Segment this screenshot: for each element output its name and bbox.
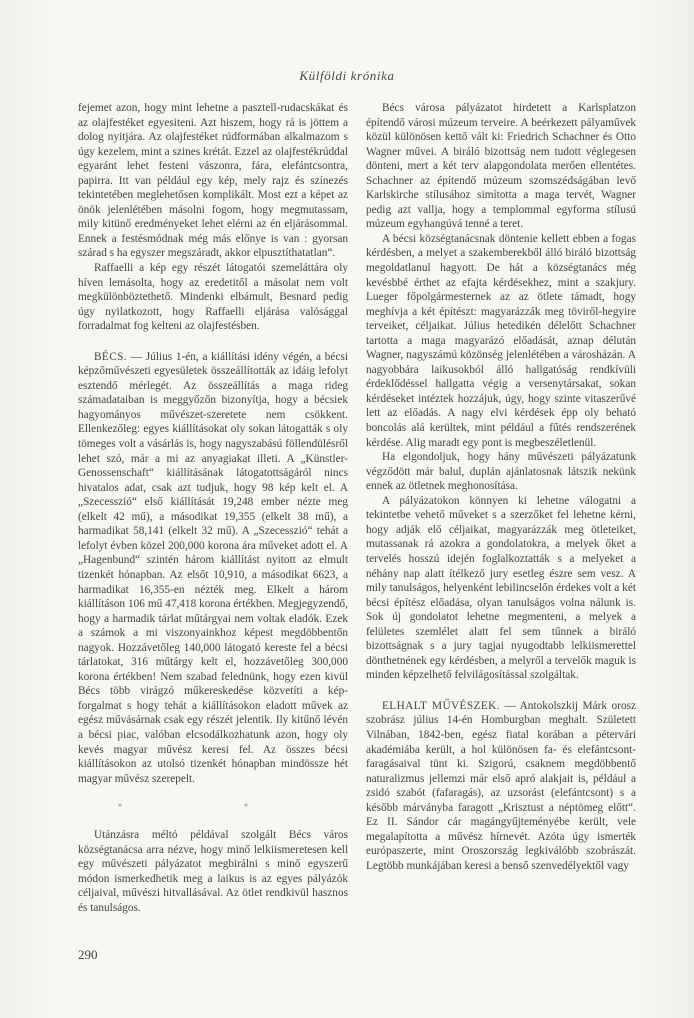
section-text-elhalt: — Antokolszkij Márk orosz szobrász júliu… xyxy=(366,700,636,872)
left-column: fejemet azon, hogy mint lehetne a paszte… xyxy=(78,101,348,915)
paragraph-elgondoljuk: Ha elgondoljuk, hogy hány művészeti pály… xyxy=(366,450,636,494)
paragraph-pastel-continuation: fejemet azon, hogy mint lehetne a paszte… xyxy=(78,101,348,261)
section-elhalt-muveszek: ELHALT MŰVÉSZEK. — Antokolszkij Márk oro… xyxy=(366,699,636,874)
running-head: Külföldi krónika xyxy=(0,68,694,84)
paragraph-utanzasra: Utánzásra méltó példával szolgált Bécs v… xyxy=(78,828,348,915)
paragraph-kozsegtanacs: A bécsi községtanácsnak döntenie kellett… xyxy=(366,232,636,450)
section-becs: BÉCS. — Július 1-én, a kiállítási idény … xyxy=(78,350,348,786)
section-heading-becs: BÉCS. xyxy=(94,351,127,363)
paragraph-karlsplatz: Bécs városa pályázatot hirdetett a Karls… xyxy=(366,101,636,232)
document-page: Külföldi krónika fejemet azon, hogy mint… xyxy=(0,0,694,1018)
paragraph-palyazatokon: A pályázatokon könnyen ki lehetne váloga… xyxy=(366,494,636,683)
paragraph-raffaelli: Raffaelli a kép egy részét látogatói sze… xyxy=(78,261,348,334)
section-heading-elhalt: ELHALT MŰVÉSZEK. xyxy=(382,700,500,712)
right-column: Bécs városa pályázatot hirdetett a Karls… xyxy=(366,101,636,873)
section-ornament: * * xyxy=(78,800,348,814)
page-number: 290 xyxy=(78,947,98,963)
section-text-becs: — Július 1-én, a kiállítási idény végén,… xyxy=(78,351,348,785)
